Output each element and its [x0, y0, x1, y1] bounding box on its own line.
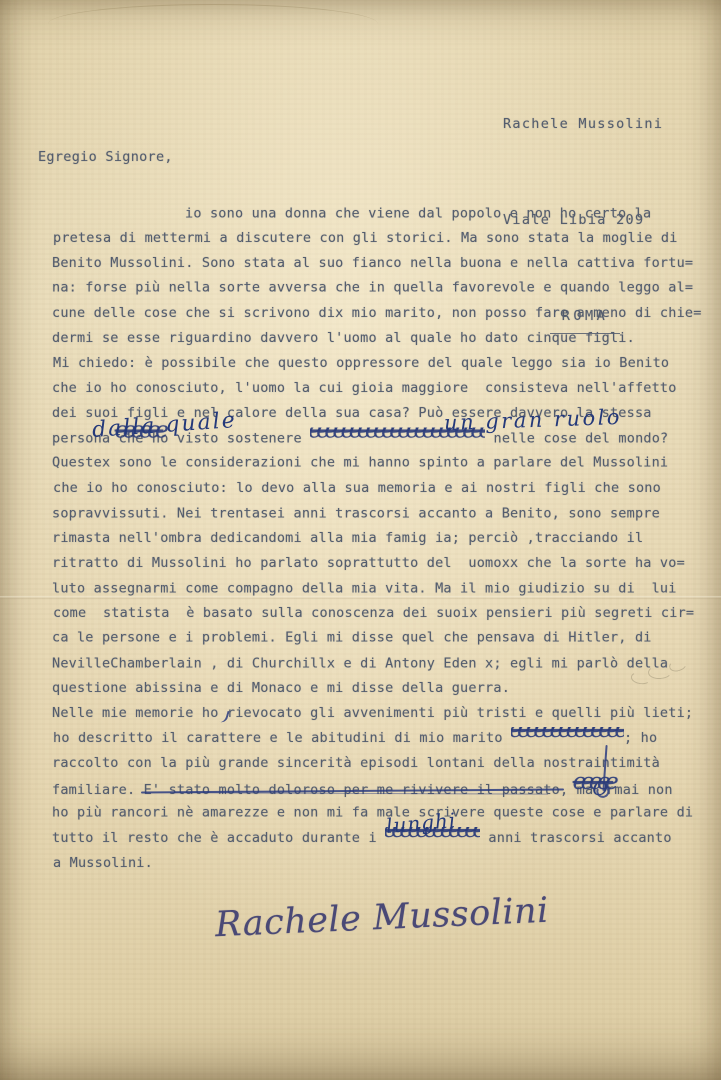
- signature-handwritten: Rachele Mussolini: [214, 891, 549, 946]
- typed-line: ho più rancori nè amarezze e non mi fa m…: [52, 801, 717, 826]
- typed-line: questione abissina e di Monaco e mi diss…: [52, 676, 717, 701]
- typed-line-corrected: tutto il resto che è accaduto durante i …: [52, 826, 717, 851]
- letter-body: io sono una donna che viene dal popolo e…: [52, 201, 717, 876]
- typed-text: ho descritto il carattere e le abitudini…: [53, 730, 511, 746]
- typed-line: Questex sono le considerazioni che mi ha…: [52, 451, 717, 476]
- typed-line: Benito Mussolini. Sono stata al suo fian…: [52, 251, 717, 276]
- typed-line-corrected: familiare. E' stato molto doloroso per m…: [52, 776, 717, 801]
- typed-line: che io ho conosciuto, l'uomo la cui gioi…: [52, 376, 717, 401]
- paper-crease: [48, 4, 378, 51]
- pen-scribble-block: eeeeeeeeeeeeeeeeeeeeeeee: [511, 727, 624, 745]
- typed-line: ritratto di Mussolini ho parlato sopratt…: [52, 551, 717, 576]
- pen-struck-phrase: E' stato molto doloroso per me rivivere …: [144, 778, 560, 803]
- typed-text: tutto il resto che è accaduto durante i: [52, 830, 385, 846]
- typed-line: ca le persone e i problemi. Egli mi diss…: [52, 626, 717, 651]
- pen-scribble-over-word: maeeeee: [577, 778, 594, 803]
- typed-line: Nelle mie memorie ho rievocato gli avven…: [52, 701, 717, 726]
- typed-line: Mi chiedo: è possibile che questo oppres…: [53, 351, 718, 376]
- letter-page: Rachele Mussolini Viale Libia 209 ROMA E…: [0, 0, 721, 1080]
- typed-text: familiare.: [52, 782, 144, 798]
- typed-text: nelle cose del mondo?: [485, 431, 668, 447]
- typed-line: dermi se esse riguardino davvero l'uomo …: [52, 326, 717, 351]
- salutation: Egregio Signore,: [38, 149, 173, 165]
- typed-line: io sono una donna che viene dal popolo e…: [52, 202, 717, 227]
- letterhead-name: Rachele Mussolini: [503, 108, 667, 140]
- typed-line: rimasta nell'ombra dedicandomi alla mia …: [52, 526, 717, 551]
- typed-text: raccolto con la più grande sincerità epi…: [52, 755, 593, 771]
- typed-line: come statista è basato sulla conoscenza …: [53, 601, 718, 626]
- typed-line: che io ho conosciuto: lo devo alla sua m…: [53, 476, 718, 501]
- typed-line: pretesa di mettermi a discutere con gli …: [53, 226, 718, 251]
- typed-line: luto assegnarmi come compagno della mia …: [52, 577, 717, 602]
- typed-line: na: forse più nella sorte avversa che in…: [52, 276, 717, 301]
- typed-text: ; ho: [624, 730, 657, 746]
- pen-scribble-loops: eeeeeeeeeeeeeeeeeeeeeeee: [511, 727, 624, 742]
- typed-text: anni trascorsi accanto: [480, 830, 672, 846]
- typed-line: a Mussolini.: [53, 851, 718, 876]
- typed-line: cune delle cose che si scrivono dix mio …: [52, 301, 717, 326]
- typed-text: rmai non: [606, 782, 673, 798]
- pen-scribble-loops: eeeee: [573, 771, 614, 794]
- typed-line-corrected: ho descritto il carattere e le abitudini…: [53, 726, 718, 751]
- typed-line: sopravvissuti. Nei trentasei anni trasco…: [52, 502, 717, 527]
- typed-line-corrected: raccolto con la più grande sincerità epi…: [52, 751, 717, 776]
- typed-line: NevilleChamberlain , di Churchillx e di …: [52, 652, 717, 677]
